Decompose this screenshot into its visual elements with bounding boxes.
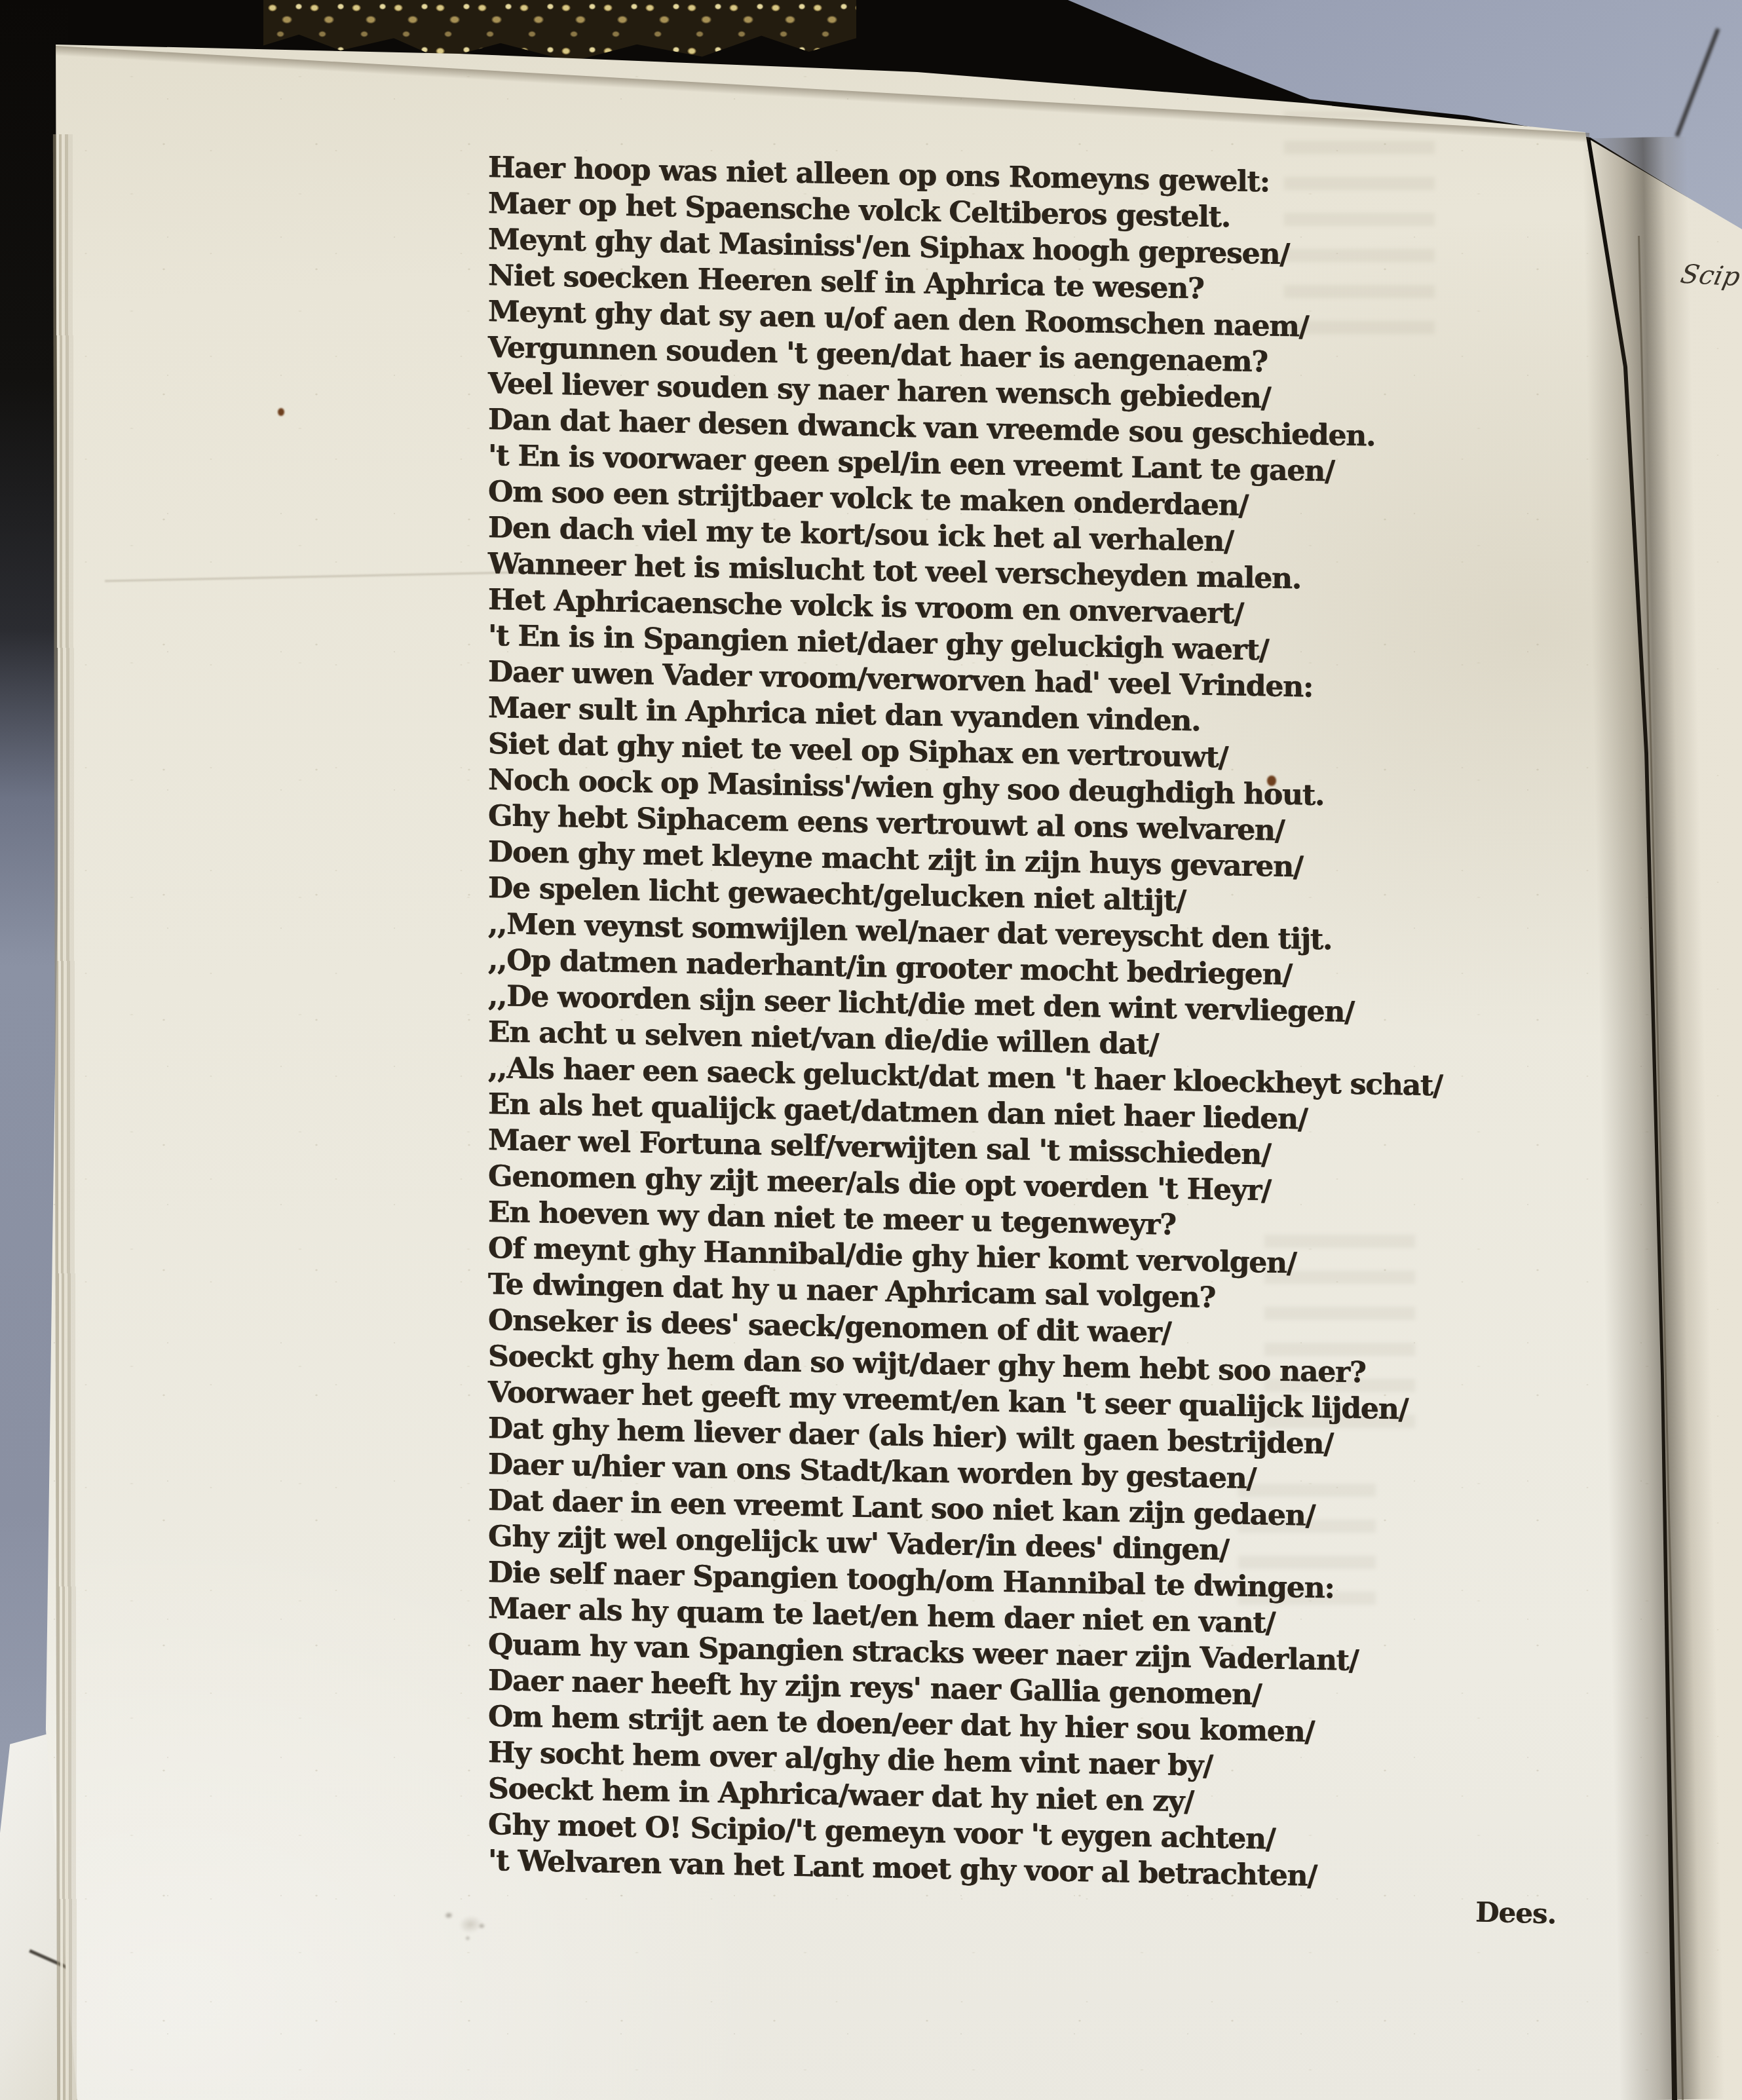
- page-deckle-edge-lines: [53, 134, 94, 2100]
- catchword: Dees.: [1475, 1896, 1556, 1930]
- poem-lines: Haer hoop was niet alleen op ons Romeyns…: [488, 149, 1484, 1898]
- book-photograph: Scip Haer hoop was niet alleen op ons Ro…: [0, 0, 1742, 2100]
- ink-smudge: [421, 1888, 520, 1961]
- paper-fleck: [278, 408, 284, 416]
